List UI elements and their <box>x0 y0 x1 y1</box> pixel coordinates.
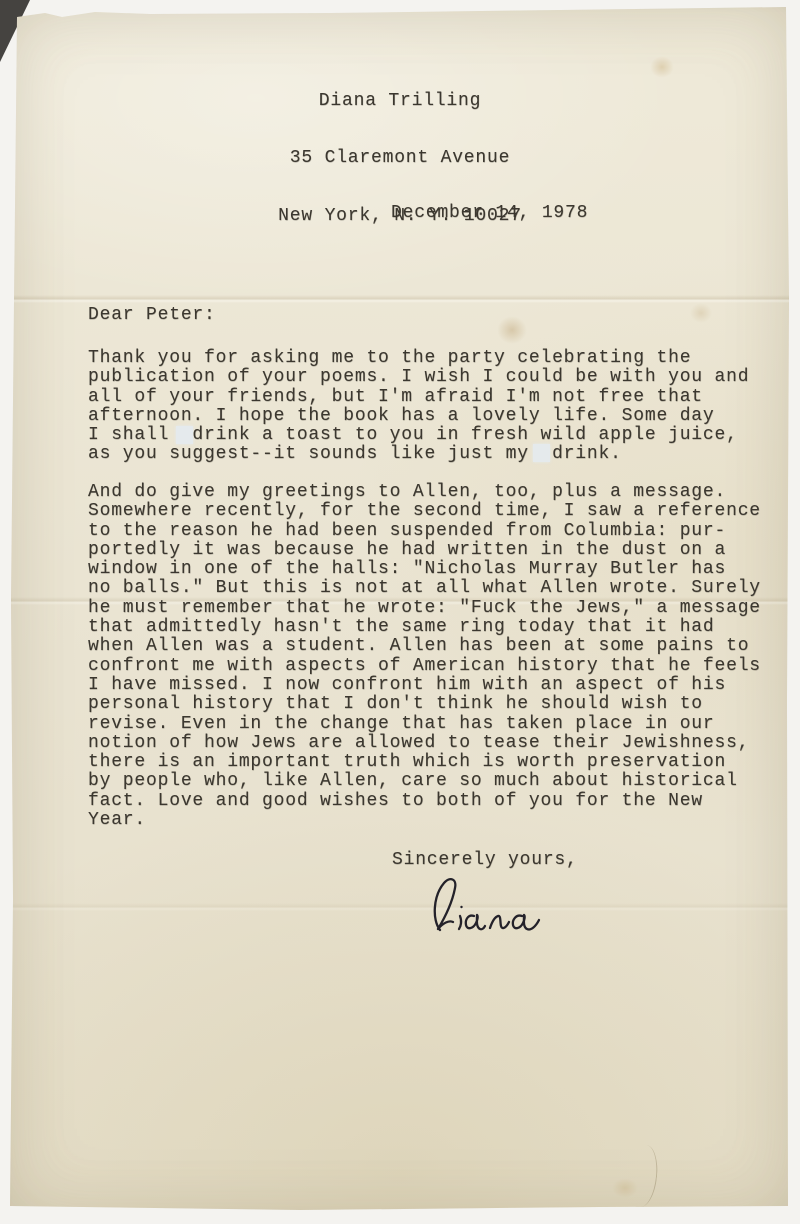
stain-spot <box>612 1178 638 1198</box>
date-line: December 14, 1978 <box>391 204 588 223</box>
body-paragraph-1: Thank you for asking me to the party cel… <box>88 349 749 465</box>
salutation: Dear Peter: <box>88 306 216 325</box>
letterhead-address-street: 35 Claremont Avenue <box>0 149 800 168</box>
fold-crease-bottom <box>0 903 800 911</box>
fold-crease-top <box>0 295 800 303</box>
stain-spot <box>497 316 527 344</box>
letterhead-name: Diana Trilling <box>0 92 800 111</box>
body-paragraph-2: And do give my greetings to Allen, too, … <box>88 483 761 830</box>
handwritten-signature <box>424 874 544 943</box>
stain-spot <box>690 303 712 323</box>
scanned-letter-photo: { "colors": { "paper": "#e9e3d1", "ink":… <box>0 0 800 1224</box>
signature-drawing <box>424 874 544 938</box>
closing-line: Sincerely yours, <box>392 851 578 870</box>
paper-wrinkle <box>627 1144 660 1208</box>
